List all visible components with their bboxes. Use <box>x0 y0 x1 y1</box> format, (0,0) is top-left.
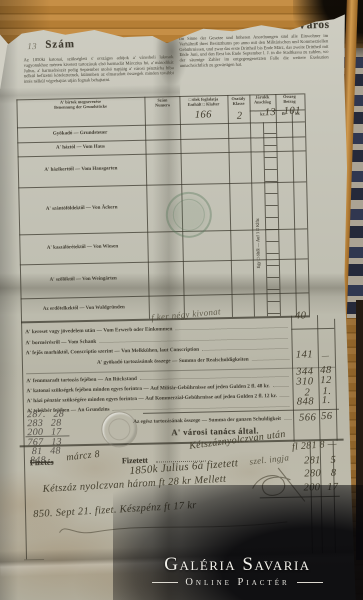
watermark-subtitle: Online Piactér <box>120 577 355 588</box>
hw-income-value: 40 <box>295 310 307 321</box>
hw-value-area: 166 <box>195 109 212 120</box>
hw-total-value: 566 <box>299 412 316 423</box>
photo-scene: Lipot Város 13 Szám Az 1850ki katonai, s… <box>0 0 363 600</box>
value-column-line <box>334 319 338 441</box>
charge-line: A' házi pénztár szükségére minden egyes … <box>27 393 291 404</box>
intro-paragraph-hu: Az 1850ki katonai, szükségleti s' ország… <box>24 54 175 84</box>
table-row: A' háztól — Vom Haus <box>0 142 180 152</box>
watermark: Galéria Savaria Online Piactér <box>120 554 355 588</box>
charge-sum-line: A' gyökadó tartozásának összege—Summa de… <box>97 356 291 366</box>
watermark-rule-right <box>297 582 323 583</box>
col-header-amount: ÖsszegBetrag <box>267 94 312 105</box>
table-line <box>304 93 310 317</box>
fizetes-label-struck: Fizetés <box>30 458 54 467</box>
table-line <box>249 95 255 317</box>
table-row: A' kaszálórétektől — Von Wiesen <box>0 242 183 252</box>
right-number: fl 281 8 — <box>292 438 338 452</box>
table-row: A' szántóföldektől — Von Äckern <box>0 203 182 213</box>
table-line <box>20 258 308 265</box>
hw-small-note: szel. ingja <box>249 452 290 466</box>
rotated-rate-note: Egy □ öltől — Auf 1 □ Klftr. <box>255 218 261 269</box>
table-line <box>19 228 307 235</box>
col-header-name: A' birtok megnevezéseBenennung der Grund… <box>26 99 134 111</box>
left-line-tick <box>24 559 44 560</box>
value-row-line <box>291 328 334 330</box>
table-line <box>18 181 306 188</box>
watermark-title: Galéria Savaria <box>120 554 355 576</box>
table-line <box>292 110 297 316</box>
handwriting-number: 13 <box>27 41 37 51</box>
hw-value-class: 2 <box>237 111 243 122</box>
charge-line: A' katonai szükségek fejében minden egye… <box>26 383 290 394</box>
table-row: A' szőlőktől — Von Weingärten <box>0 274 183 284</box>
hw-value: 848 <box>297 396 314 407</box>
charge-line: A' kereset vagy jövedelem után—Vom Erwer… <box>25 324 289 335</box>
intro-paragraph-de: Im Sinne der Gesetze und höheren Anordnu… <box>179 33 329 69</box>
hw-total-kr: 56 <box>321 411 333 422</box>
hw-date: márcz 8 <box>66 449 101 464</box>
hw-value-amount: 101 <box>284 105 301 116</box>
table-row: Gyökadó — Grundsteuer <box>0 128 180 138</box>
charge-total-line: Az egész tartozásának összege—Summa der … <box>133 416 293 425</box>
hw-value: 310 <box>296 376 313 387</box>
charge-line: A' fennmaradt tartozás fejében—An Rückst… <box>26 373 290 384</box>
table-line <box>18 150 306 157</box>
watermark-rule-left <box>152 582 178 583</box>
value-column-line <box>291 316 295 442</box>
charge-line: A' bormérésről—Vom Schank <box>25 335 289 346</box>
charge-line: A' fejős marháktól, Conscriptio szerint—… <box>26 345 290 356</box>
table-row: A' házikerttől — Vom Hausgarten <box>0 164 181 174</box>
hw-sum-kr: — <box>322 351 330 360</box>
table-line <box>227 95 233 317</box>
hw-value-rate: 13 <box>265 107 277 118</box>
szam-heading: Szám <box>45 38 75 51</box>
table-line <box>21 292 309 299</box>
table-line <box>17 121 305 128</box>
hw-sum-value: 141 <box>296 349 313 360</box>
hw-value: 12 <box>320 375 332 386</box>
watermark-subtitle-text: Online Piactér <box>185 577 289 588</box>
hw-value: 1. <box>322 395 331 406</box>
